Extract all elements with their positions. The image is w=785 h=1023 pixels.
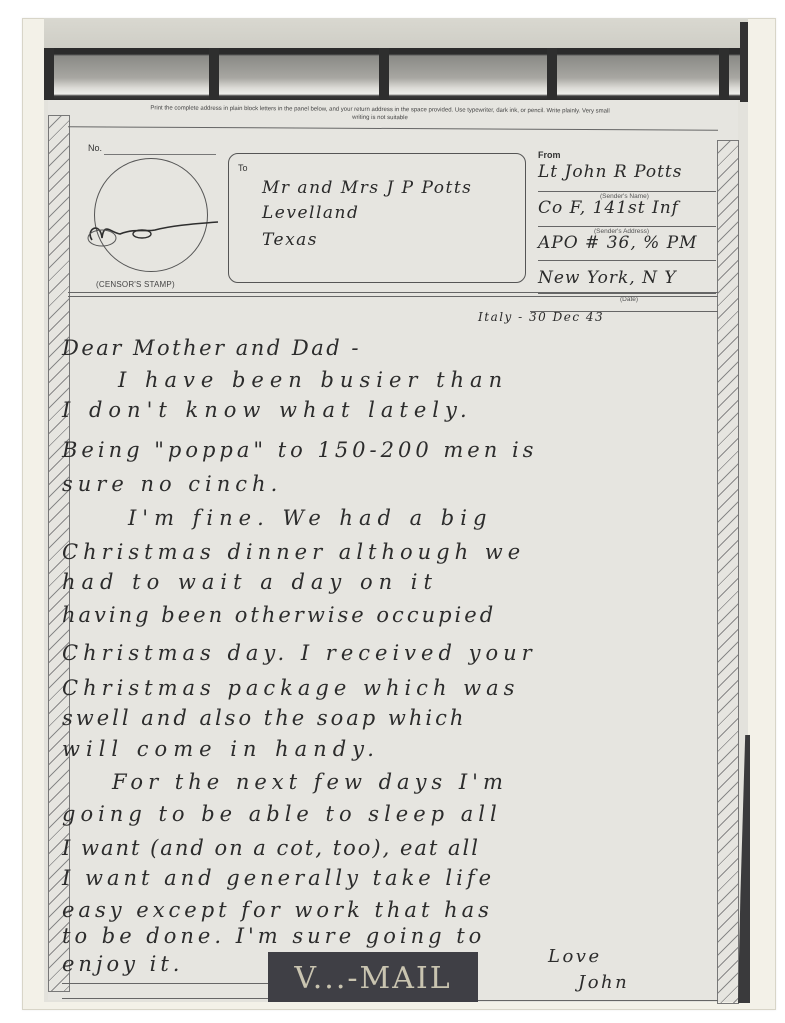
sender-apo: APO # 36, % PM <box>538 233 698 253</box>
number-line <box>104 154 216 155</box>
bottom-rule-right <box>478 1000 718 1001</box>
letter-line: For the next few days I'm <box>112 770 508 794</box>
bottom-rule-left-2 <box>62 998 268 999</box>
letter-line: easy except for work that has <box>62 898 493 922</box>
letter-line: Being "poppa" to 150-200 men is <box>62 438 537 462</box>
form-instructions: Print the complete address in plain bloc… <box>150 104 610 123</box>
letter-line: enjoy it. <box>62 952 183 976</box>
letter-line: I'm fine. We had a big <box>128 506 492 530</box>
letter-line: I want (and on a cot, too), eat all <box>62 836 480 860</box>
recipient-city: Levelland <box>262 203 359 223</box>
letter-line: I don't know what lately. <box>62 398 473 422</box>
date-field-rule <box>538 293 716 294</box>
letter-line: to be done. I'm sure going to <box>62 924 485 948</box>
sender-name: Lt John R Potts <box>538 162 682 182</box>
bottom-rule-left <box>62 983 268 984</box>
letter-closing: Love <box>548 946 602 967</box>
vmail-banner: V...-MAIL <box>268 952 478 1002</box>
top-margin-band <box>44 18 748 48</box>
date-caption: (Date) <box>620 296 638 303</box>
censor-stamp-label: (CENSOR'S STAMP) <box>96 280 175 289</box>
recipient-name: Mr and Mrs J P Potts <box>262 178 472 198</box>
letter-date: Italy - 30 Dec 43 <box>478 310 604 324</box>
letter-line: sure no cinch. <box>62 472 282 496</box>
letter-line: will come in handy. <box>62 737 380 761</box>
letter-line: Dear Mother and Dad - <box>62 336 361 360</box>
letter-line: had to wait a day on it <box>62 570 438 594</box>
letter-signature: John <box>578 972 629 993</box>
letter-line: Christmas package which was <box>62 676 519 700</box>
sender-address-rule <box>538 226 716 227</box>
letter-line: Christmas dinner although we <box>62 540 525 564</box>
film-edge-right-top <box>740 22 748 102</box>
letter-line: going to be able to sleep all <box>62 802 502 826</box>
letter-line: I want and generally take life <box>62 866 495 890</box>
sender-city: New York, N Y <box>538 268 677 288</box>
censor-signature-icon <box>80 210 220 250</box>
letter-line: Christmas day. I received your <box>62 641 537 665</box>
to-label: To <box>238 163 248 173</box>
film-strip-edge <box>44 48 748 100</box>
letter-line: I have been busier than <box>118 368 508 392</box>
number-label: No. <box>88 143 102 153</box>
sender-unit: Co F, 141st Inf <box>538 198 679 218</box>
from-label: From <box>538 150 561 160</box>
recipient-state: Texas <box>262 230 318 250</box>
sender-name-rule <box>538 191 716 192</box>
sender-apo-rule <box>538 260 716 261</box>
letter-line: swell and also the soap which <box>62 706 466 730</box>
letter-line: having been otherwise occupied <box>62 603 496 627</box>
right-hatched-margin <box>717 140 739 1004</box>
